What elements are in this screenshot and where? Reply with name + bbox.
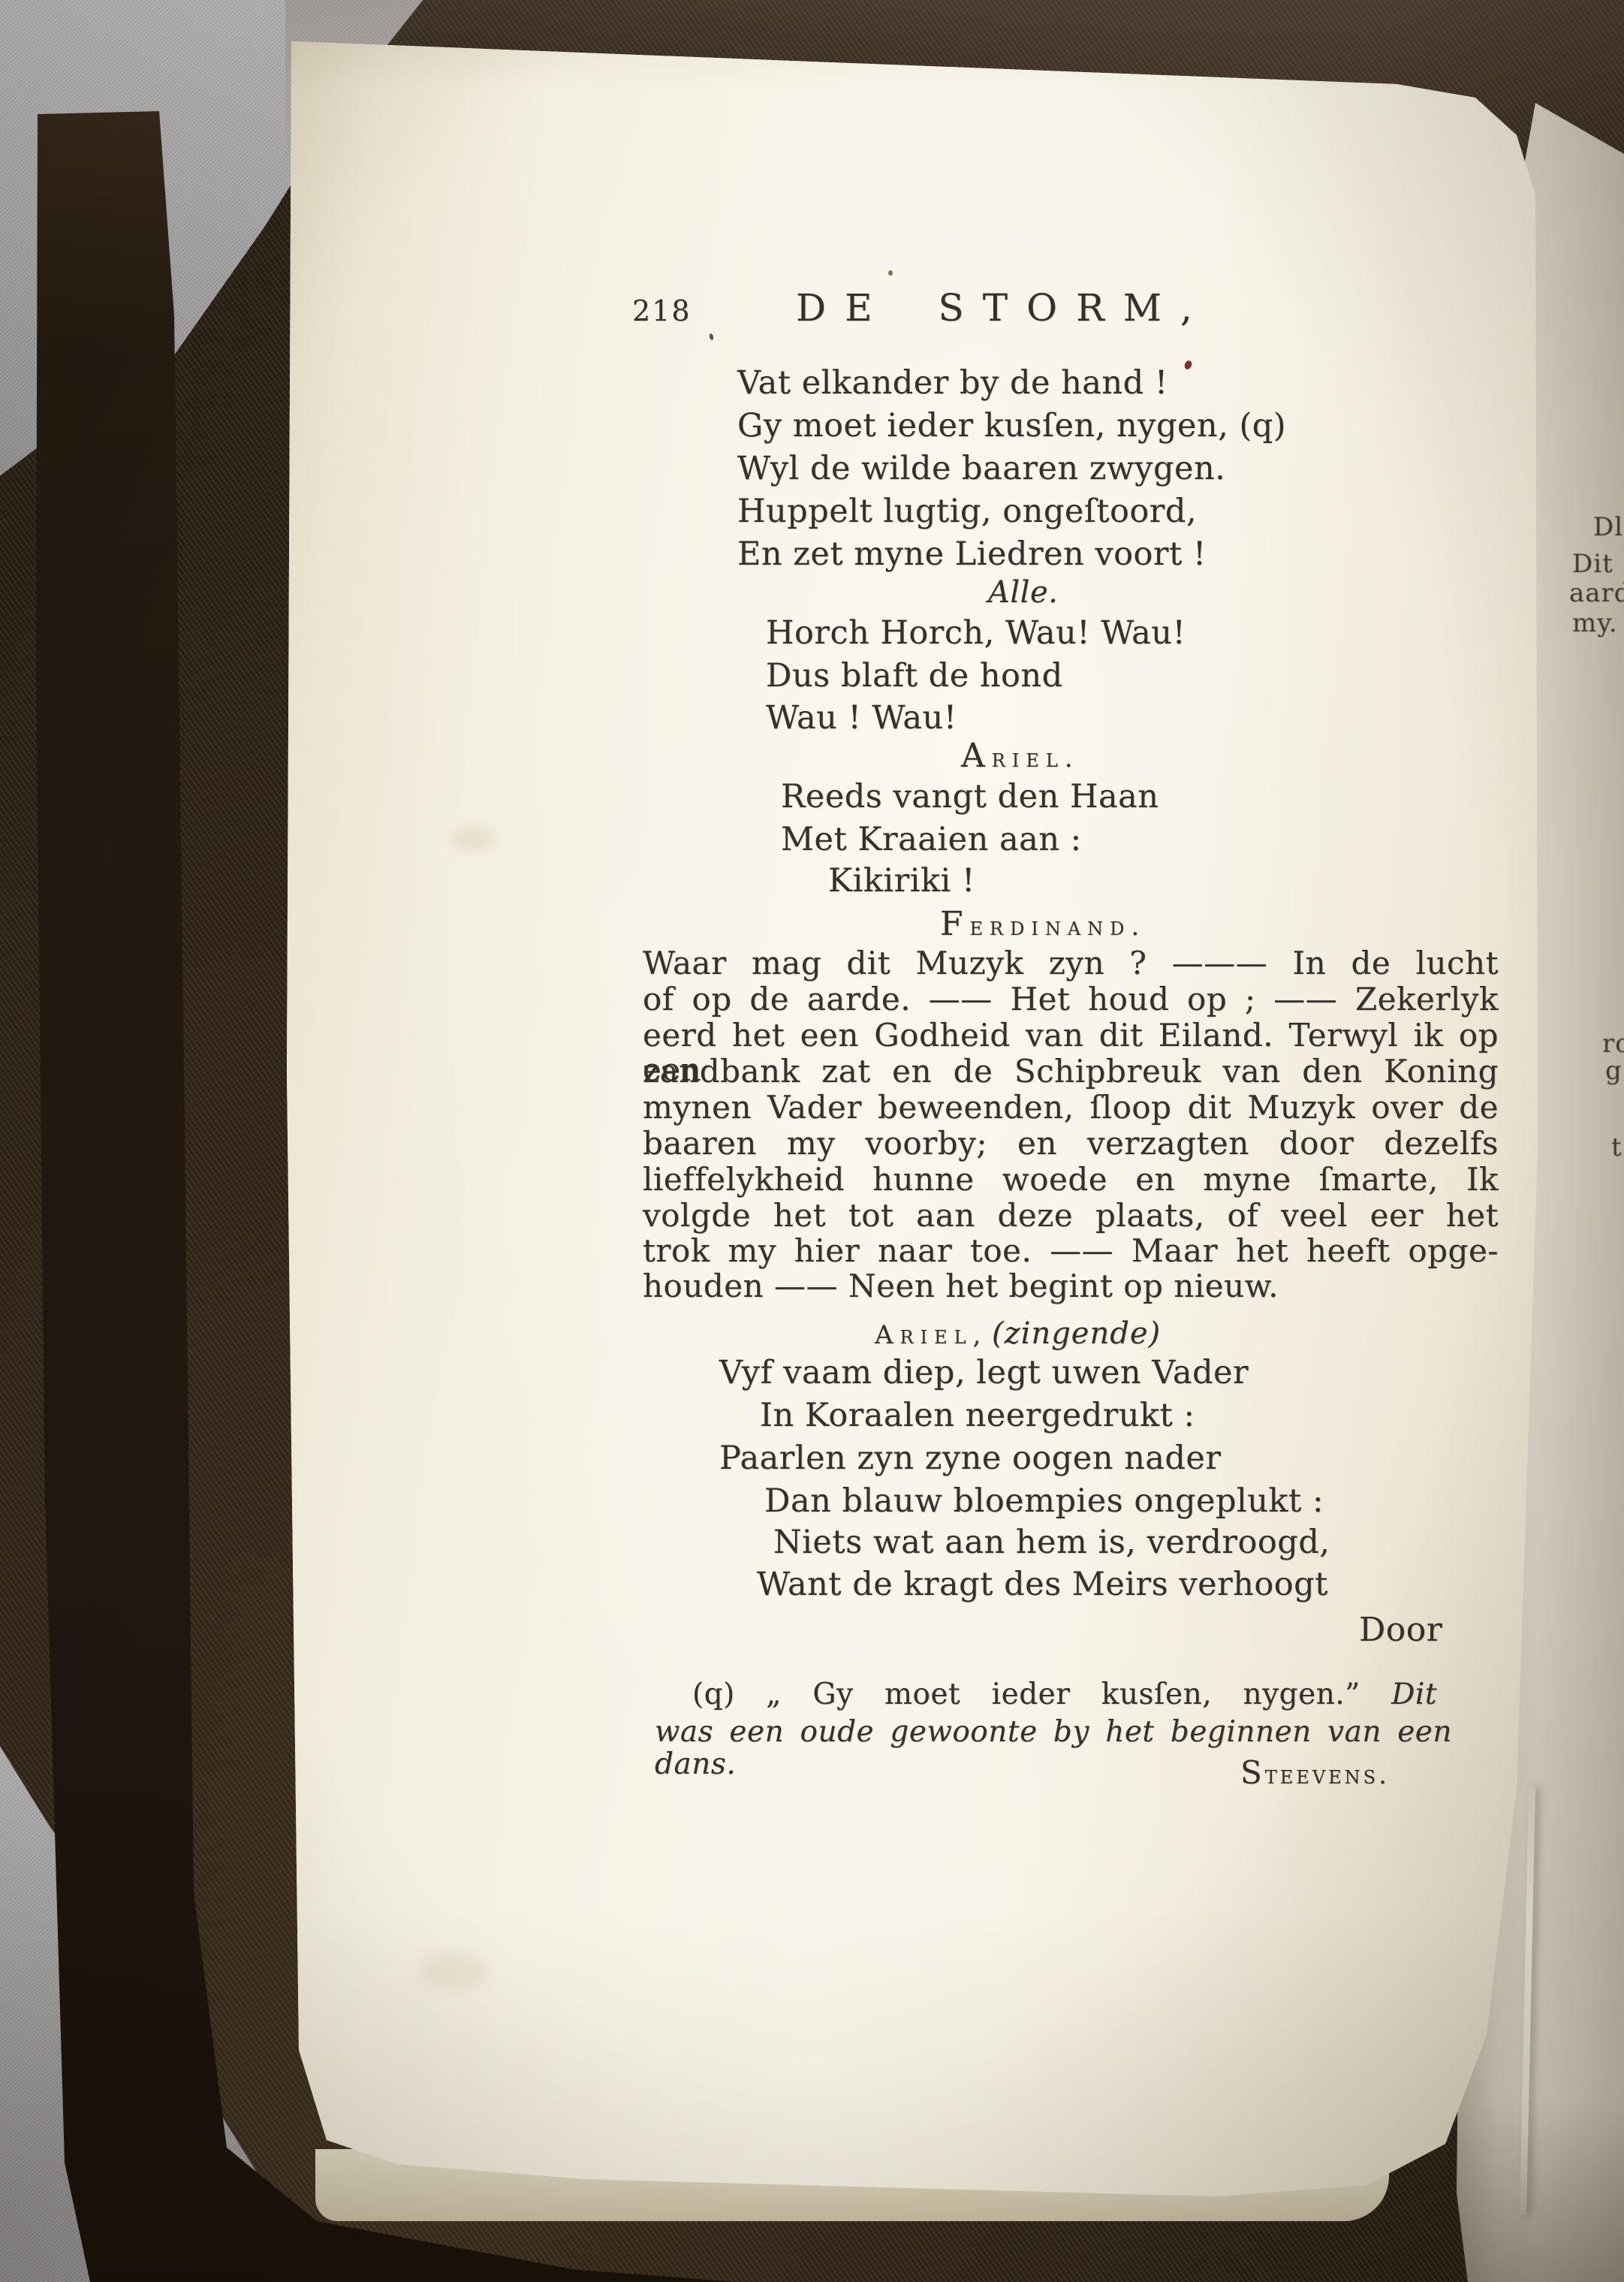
running-title: DE STORM, <box>796 286 1211 330</box>
song-line: Vat elkander by de hand ! <box>737 366 1168 401</box>
song-line: Dan blauw bloempies ongeplukt : <box>764 1484 1324 1519</box>
catchword: Door <box>1359 1611 1442 1649</box>
prose-line: houden —— Neen het begint op nieuw. <box>643 1269 1499 1304</box>
speaker-alle: Alle. <box>988 575 1058 610</box>
prose-line: volgde het tot aan deze plaats, of veel … <box>643 1198 1499 1233</box>
song-line: Horch Horch, Wau! Wau! <box>766 616 1186 651</box>
prose-line: of op de aarde. —— Het houd op ; —— Zeke… <box>643 982 1499 1017</box>
footnote-line: (q) „ Gy moet ieder kusſen, nygen.” Dit <box>692 1679 1437 1711</box>
song-line: Vyf vaam diep, legt uwen Vader <box>719 1355 1249 1391</box>
ink-stain <box>888 270 893 276</box>
prose-line: trok my hier naar toe. —— Maar het heeft… <box>643 1234 1499 1268</box>
page-number: 218 <box>632 294 691 327</box>
speaker-ferdinand: Ferdinand. <box>940 905 1146 943</box>
song-line: Gy moet ieder kusſen, nygen, (q) <box>737 408 1286 444</box>
page-edge-stack <box>71 19 300 2241</box>
song-line: Met Kraaien aan : <box>781 822 1082 858</box>
facing-page-fragment: t <box>1611 1132 1622 1162</box>
song-line: Kikiriki ! <box>828 864 975 899</box>
speaker-ariel: Ariel. <box>961 737 1080 775</box>
prose-line: baaren my voorby; en verzagten door deze… <box>643 1126 1499 1161</box>
stage-direction: (zingende) <box>992 1316 1161 1351</box>
footnote-text-italic: Dit <box>1391 1678 1437 1711</box>
facing-page-fragment: g <box>1605 1056 1622 1086</box>
speaker-ariel-singing: Ariel, (zingende) <box>875 1316 1161 1351</box>
facing-page-fragment: my. <box>1572 608 1618 638</box>
footnote-text: (q) „ Gy moet ieder kusſen, nygen.” <box>692 1678 1360 1711</box>
book-photo: Dl Dit aard my. ro g t 218 DE STORM, Vat… <box>0 0 1624 2282</box>
facing-page-fragment: Dl <box>1593 512 1623 542</box>
song-line: Dus blaft de hond <box>766 659 1063 694</box>
speaker-name: Ariel, <box>875 1320 987 1350</box>
song-line: Niets wat aan hem is, verdroogd, <box>773 1525 1330 1560</box>
footnote-attribution: Steevens. <box>1240 1754 1390 1791</box>
song-line: En zet myne Liedren voort ! <box>737 537 1207 572</box>
facing-page-fragment: ro <box>1602 1029 1624 1059</box>
song-line: Reeds vangt den Haan <box>781 779 1158 815</box>
song-line: Wyl de wilde baaren zwygen. <box>737 451 1225 487</box>
foxing-spot <box>420 1952 488 1990</box>
song-line: Wau ! Wau! <box>766 701 957 736</box>
song-line: Paarlen zyn zyne oogen nader <box>719 1441 1221 1476</box>
song-line: Huppelt lugtig, ongeſtoord, <box>737 494 1197 529</box>
prose-line: Waar mag dit Muzyk zyn ? ——— In de lucht <box>643 946 1499 981</box>
facing-page-fragment: Dit <box>1572 549 1613 579</box>
song-line: Want de kragt des Meirs verhoogt <box>757 1567 1328 1602</box>
prose-line: mynen Vader beweenden, ſloop dit Muzyk o… <box>643 1090 1499 1125</box>
prose-line: lieffelykheid hunne woede en myne ſmarte… <box>643 1162 1499 1197</box>
facing-page-fragment: aard <box>1569 578 1624 608</box>
song-line: In Koraalen neergedrukt : <box>760 1398 1195 1433</box>
prose-line: zandbank zat en de Schipbreuk van den Ko… <box>643 1054 1499 1089</box>
foxing-spot <box>450 826 496 852</box>
